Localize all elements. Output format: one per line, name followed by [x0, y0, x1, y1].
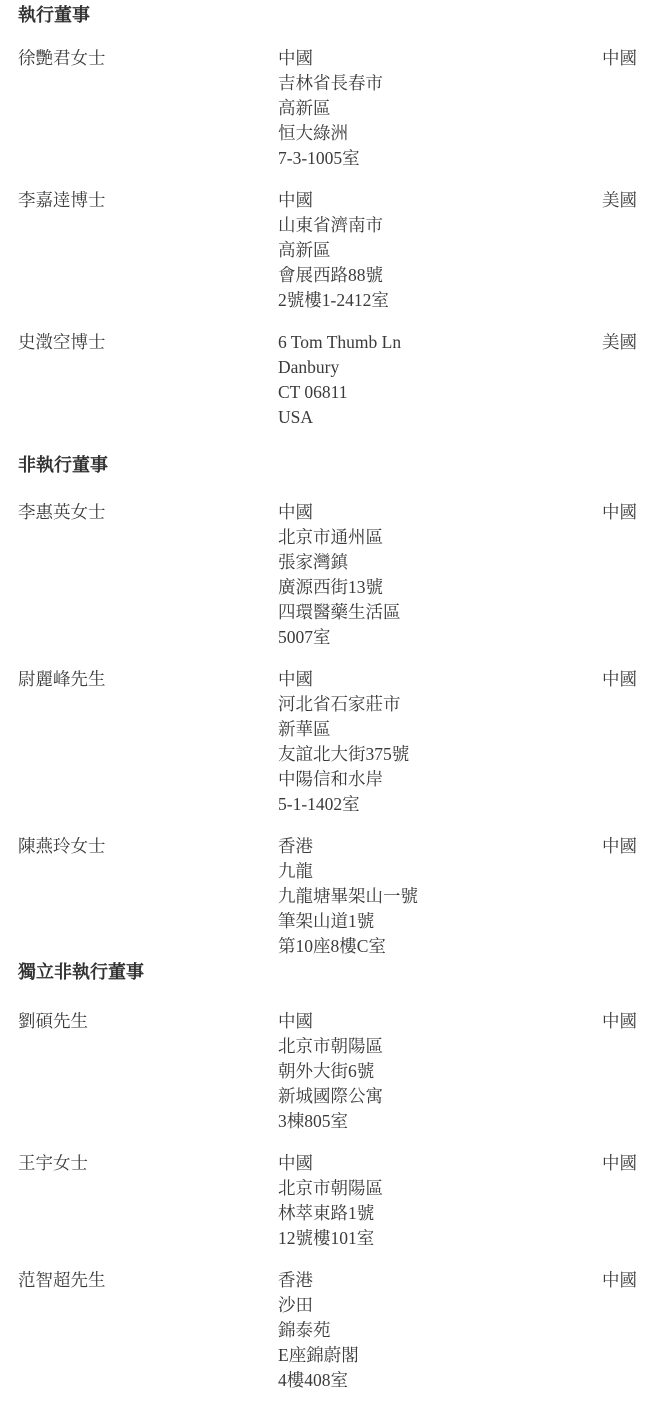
director-entry: 陳燕玲女士 香港 九龍 九龍塘畢架山一號 筆架山道1號 第10座8樓C室 中國 — [18, 834, 637, 959]
address-line: 香港 — [278, 1268, 591, 1293]
director-nationality: 中國 — [591, 834, 637, 859]
address-line: 中國 — [278, 46, 591, 71]
address-line: 恒大綠洲 — [278, 121, 591, 146]
director-nationality: 中國 — [591, 1151, 637, 1176]
address-line: 中陽信和水岸 — [278, 767, 591, 792]
address-line: 北京市通州區 — [278, 525, 591, 550]
section-heading-executive-directors: 執行董事 — [18, 3, 637, 28]
address-line: 中國 — [278, 1151, 591, 1176]
address-line: 香港 — [278, 834, 591, 859]
director-name: 王宇女士 — [18, 1151, 278, 1176]
address-line: 中國 — [278, 1009, 591, 1034]
address-line: 河北省石家莊市 — [278, 692, 591, 717]
address-line: Danbury — [278, 355, 591, 380]
director-name: 陳燕玲女士 — [18, 834, 278, 859]
address-line: 山東省濟南市 — [278, 213, 591, 238]
director-name: 劉碩先生 — [18, 1009, 278, 1034]
director-address: 中國 北京市朝陽區 朝外大街6號 新城國際公寓 3棟805室 — [278, 1009, 591, 1134]
director-nationality: 中國 — [591, 1009, 637, 1034]
director-address: 中國 北京市朝陽區 林萃東路1號 12號樓101室 — [278, 1151, 591, 1251]
director-nationality: 美國 — [591, 330, 637, 355]
address-line: 九龍 — [278, 859, 591, 884]
address-line: 2號樓1-2412室 — [278, 288, 591, 313]
director-nationality: 美國 — [591, 188, 637, 213]
address-line: 錦泰苑 — [278, 1318, 591, 1343]
director-entry: 徐艷君女士 中國 吉林省長春市 高新區 恒大綠洲 7-3-1005室 中國 — [18, 46, 637, 171]
director-nationality: 中國 — [591, 500, 637, 525]
address-line: 四環醫藥生活區 — [278, 600, 591, 625]
address-line: 廣源西街13號 — [278, 575, 591, 600]
director-entry: 李嘉逹博士 中國 山東省濟南市 高新區 會展西路88號 2號樓1-2412室 美… — [18, 188, 637, 313]
director-name: 史澂空博士 — [18, 330, 278, 355]
director-address: 中國 北京市通州區 張家灣鎮 廣源西街13號 四環醫藥生活區 5007室 — [278, 500, 591, 650]
address-line: USA — [278, 405, 591, 430]
director-name: 范智超先生 — [18, 1268, 278, 1293]
address-line: 友誼北大街375號 — [278, 742, 591, 767]
address-line: 3棟805室 — [278, 1109, 591, 1134]
address-line: 北京市朝陽區 — [278, 1034, 591, 1059]
director-entry: 王宇女士 中國 北京市朝陽區 林萃東路1號 12號樓101室 中國 — [18, 1151, 637, 1251]
director-address: 中國 山東省濟南市 高新區 會展西路88號 2號樓1-2412室 — [278, 188, 591, 313]
director-nationality: 中國 — [591, 667, 637, 692]
address-line: 4樓408室 — [278, 1368, 591, 1393]
address-line: 高新區 — [278, 96, 591, 121]
address-line: 北京市朝陽區 — [278, 1176, 591, 1201]
director-name: 尉麗峰先生 — [18, 667, 278, 692]
director-address: 香港 沙田 錦泰苑 E座錦蔚閣 4樓408室 — [278, 1268, 591, 1393]
director-entry: 李惠英女士 中國 北京市通州區 張家灣鎮 廣源西街13號 四環醫藥生活區 500… — [18, 500, 637, 650]
address-line: 7-3-1005室 — [278, 146, 591, 171]
section-heading-non-executive-directors: 非執行董事 — [18, 453, 637, 478]
director-address: 中國 吉林省長春市 高新區 恒大綠洲 7-3-1005室 — [278, 46, 591, 171]
director-entry: 尉麗峰先生 中國 河北省石家莊市 新華區 友誼北大街375號 中陽信和水岸 5-… — [18, 667, 637, 817]
address-line: 會展西路88號 — [278, 263, 591, 288]
address-line: CT 06811 — [278, 380, 591, 405]
director-address: 6 Tom Thumb Ln Danbury CT 06811 USA — [278, 330, 591, 430]
address-line: 朝外大街6號 — [278, 1059, 591, 1084]
address-line: 6 Tom Thumb Ln — [278, 330, 591, 355]
director-nationality: 中國 — [591, 46, 637, 71]
address-line: 沙田 — [278, 1293, 591, 1318]
address-line: E座錦蔚閣 — [278, 1343, 591, 1368]
address-line: 新城國際公寓 — [278, 1084, 591, 1109]
director-entry: 史澂空博士 6 Tom Thumb Ln Danbury CT 06811 US… — [18, 330, 637, 430]
address-line: 中國 — [278, 500, 591, 525]
director-name: 李嘉逹博士 — [18, 188, 278, 213]
director-address: 香港 九龍 九龍塘畢架山一號 筆架山道1號 第10座8樓C室 — [278, 834, 591, 959]
address-line: 筆架山道1號 — [278, 909, 591, 934]
address-line: 高新區 — [278, 238, 591, 263]
section-heading-independent-non-executive-directors: 獨立非執行董事 — [18, 960, 637, 985]
address-line: 12號樓101室 — [278, 1226, 591, 1251]
address-line: 新華區 — [278, 717, 591, 742]
director-entry: 劉碩先生 中國 北京市朝陽區 朝外大街6號 新城國際公寓 3棟805室 中國 — [18, 1009, 637, 1134]
address-line: 林萃東路1號 — [278, 1201, 591, 1226]
director-address: 中國 河北省石家莊市 新華區 友誼北大街375號 中陽信和水岸 5-1-1402… — [278, 667, 591, 817]
address-line: 5007室 — [278, 625, 591, 650]
address-line: 中國 — [278, 667, 591, 692]
director-name: 徐艷君女士 — [18, 46, 278, 71]
address-line: 5-1-1402室 — [278, 792, 591, 817]
director-name: 李惠英女士 — [18, 500, 278, 525]
director-nationality: 中國 — [591, 1268, 637, 1293]
address-line: 張家灣鎮 — [278, 550, 591, 575]
document-page: 執行董事 徐艷君女士 中國 吉林省長春市 高新區 恒大綠洲 7-3-1005室 … — [0, 0, 660, 1403]
director-entry: 范智超先生 香港 沙田 錦泰苑 E座錦蔚閣 4樓408室 中國 — [18, 1268, 637, 1393]
address-line: 中國 — [278, 188, 591, 213]
address-line: 第10座8樓C室 — [278, 934, 591, 959]
address-line: 吉林省長春市 — [278, 71, 591, 96]
address-line: 九龍塘畢架山一號 — [278, 884, 591, 909]
